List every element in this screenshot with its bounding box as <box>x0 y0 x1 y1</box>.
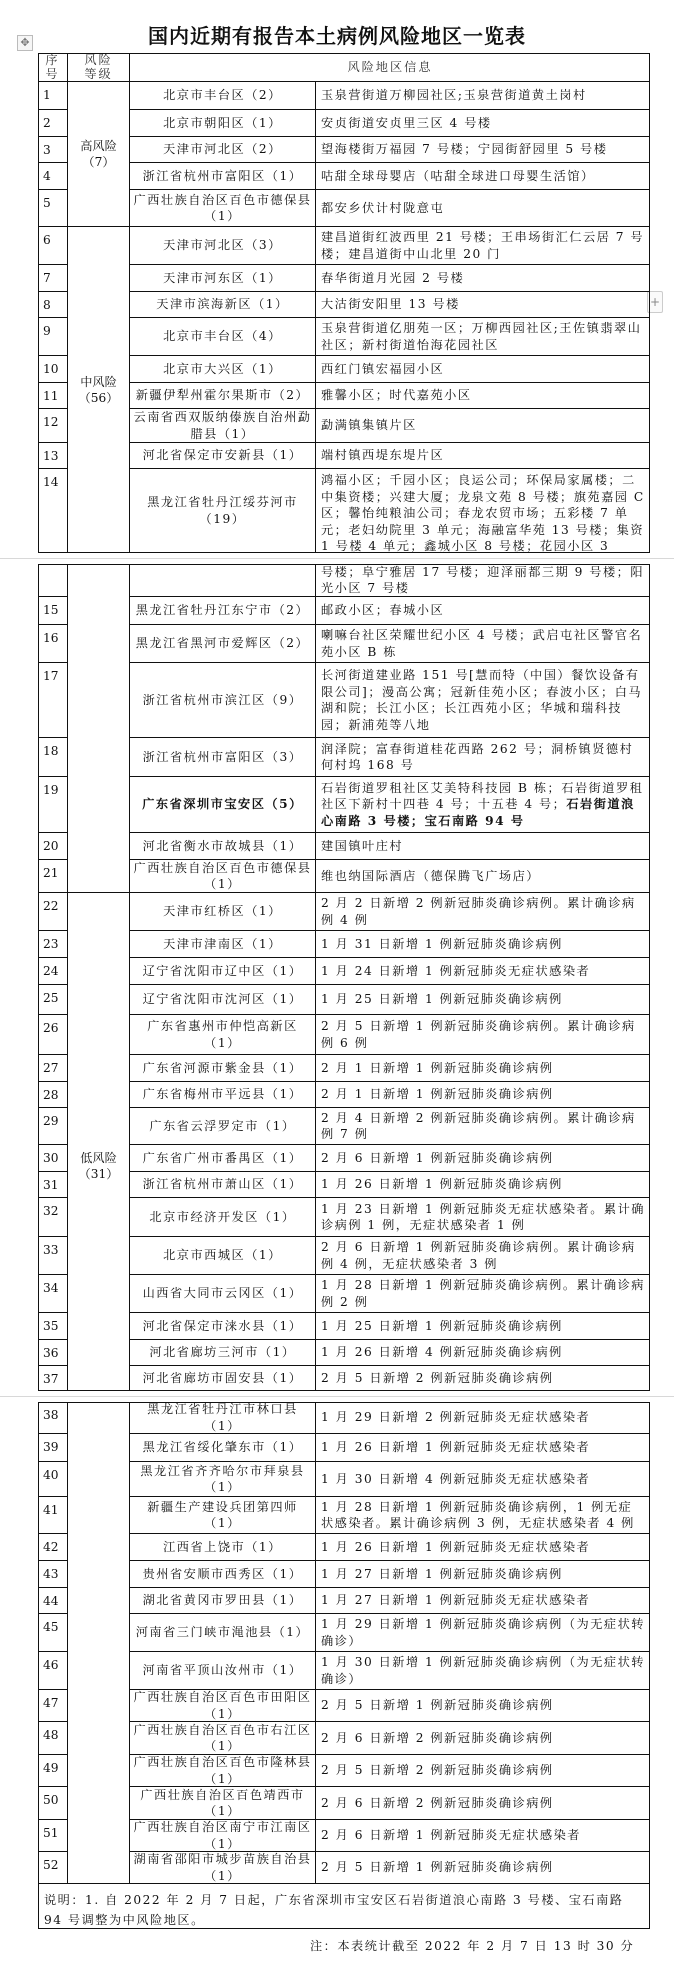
row-detail: 咕甜全球母婴店（咕甜全球进口母婴生活馆） <box>316 163 650 190</box>
row-seq: 46 <box>38 1652 68 1690</box>
row-seq: 37 <box>38 1366 68 1391</box>
row-detail-text: 维也纳国际酒店（德保腾飞广场店） <box>321 868 540 885</box>
row-detail-text: 1 月 26 日新增 1 例新冠肺炎确诊病例 <box>321 1176 563 1193</box>
row-detail: 2 月 5 日新增 2 例新冠肺炎确诊病例 <box>316 1366 650 1391</box>
row-detail: 2 月 6 日新增 1 例新冠肺炎无症状感染者 <box>316 1820 650 1852</box>
row-region: 黑龙江省牡丹江市林口县（1） <box>130 1402 316 1434</box>
row-detail-text: 2 月 5 日新增 1 例新冠肺炎确诊病例 <box>321 1859 554 1876</box>
row-region: 辽宁省沈阳市沈河区（1） <box>130 985 316 1015</box>
row-detail-text: 建昌道街红波西里 21 号楼；王串场街汇仁云居 7 号楼；建昌道街中山北里 20… <box>321 229 645 262</box>
row-seq-continued <box>38 564 68 597</box>
header-seq: 序 号 <box>38 53 68 82</box>
row-detail: 2 月 5 日新增 1 例新冠肺炎确诊病例。累计确诊病例 6 例 <box>316 1015 650 1055</box>
row-detail: 长河街道建业路 151 号[慧而特（中国）餐饮设备有限公司]；漫高公寓；冠新佳苑… <box>316 663 650 738</box>
row-detail-text: 鸿福小区；千园小区；良运公司；环保局家属楼；二中集资楼；兴建大厦；龙泉文苑 8 … <box>321 472 645 553</box>
row-detail-text: 望海楼街万福园 7 号楼；宁园街舒园里 5 号楼 <box>321 141 607 158</box>
row-detail-text: 2 月 6 日新增 1 例新冠肺炎确诊病例。累计确诊病例 4 例，无症状感染者 … <box>321 1239 645 1272</box>
row-region: 黑龙江省黑河市爱辉区（2） <box>130 625 316 663</box>
row-seq: 38 <box>38 1402 68 1434</box>
row-detail-text: 1 月 31 日新增 1 例新冠肺炎确诊病例 <box>321 936 563 953</box>
table-move-handle-icon[interactable]: ✥ <box>17 35 33 51</box>
row-detail-text: 大沽街安阳里 13 号楼 <box>321 296 460 313</box>
row-seq: 10 <box>38 356 68 383</box>
row-detail-text: 2 月 5 日新增 2 例新冠肺炎确诊病例 <box>321 1762 554 1779</box>
row-detail-text: 1 月 26 日新增 1 例新冠肺炎无症状感染者 <box>321 1439 590 1456</box>
row-region: 贵州省安顺市西秀区（1） <box>130 1561 316 1588</box>
row-detail-text: 喇嘛台社区荣耀世纪小区 4 号楼；武启屯社区警官名苑小区 B 栋 <box>321 627 645 660</box>
risk-level-medium <box>68 564 130 893</box>
row-detail: 润泽院；富春街道桂花西路 262 号；洞桥镇贤德村何村坞 168 号 <box>316 738 650 777</box>
document-title: 国内近期有报告本土病例风险地区一览表 <box>0 20 674 49</box>
page-break-divider <box>0 558 674 559</box>
row-detail: 1 月 24 日新增 1 例新冠肺炎无症状感染者 <box>316 958 650 985</box>
row-detail: 安贞街道安贞里三区 4 号楼 <box>316 110 650 137</box>
row-detail-text: 1 月 27 日新增 1 例新冠肺炎无症状感染者 <box>321 1592 590 1609</box>
row-seq: 32 <box>38 1198 68 1237</box>
row-seq: 18 <box>38 738 68 777</box>
row-seq: 23 <box>38 931 68 958</box>
row-region: 广东省深圳市宝安区（5） <box>130 777 316 833</box>
row-region: 浙江省杭州市萧山区（1） <box>130 1172 316 1198</box>
row-detail-text: 勐满镇集镇片区 <box>321 417 417 434</box>
row-detail: 1 月 23 日新增 1 例新冠肺炎无症状感染者。累计确诊病例 1 例，无症状感… <box>316 1198 650 1237</box>
row-region: 广西壮族自治区百色市隆林县（1） <box>130 1755 316 1787</box>
row-detail: 都安乡伏计村陇意屯 <box>316 190 650 227</box>
row-detail-text: 2 月 6 日新增 2 例新冠肺炎确诊病例 <box>321 1730 554 1747</box>
row-region: 广西壮族自治区百色靖西市（1） <box>130 1787 316 1820</box>
row-detail: 2 月 1 日新增 1 例新冠肺炎确诊病例 <box>316 1082 650 1108</box>
row-seq: 26 <box>38 1015 68 1055</box>
row-detail: 石岩街道罗租社区艾美特科技园 B 栋；石岩街道罗租社区下新村十四巷 4 号；十五… <box>316 777 650 833</box>
row-seq: 4 <box>38 163 68 190</box>
table-remarks: 说明：1. 自 2022 年 2 月 7 日起，广东省深圳市宝安区石岩街道浪心南… <box>38 1884 650 1929</box>
row-seq: 39 <box>38 1434 68 1462</box>
row-detail: 2 月 1 日新增 1 例新冠肺炎确诊病例 <box>316 1055 650 1082</box>
row-detail-text: 2 月 5 日新增 1 例新冠肺炎确诊病例 <box>321 1697 554 1714</box>
row-region: 辽宁省沈阳市辽中区（1） <box>130 958 316 985</box>
row-region: 天津市河东区（1） <box>130 265 316 292</box>
row-seq: 22 <box>38 893 68 931</box>
row-region: 广西壮族自治区百色市德保县（1） <box>130 190 316 227</box>
row-detail-text: 2 月 1 日新增 1 例新冠肺炎确诊病例 <box>321 1060 554 1077</box>
row-detail: 1 月 28 日新增 1 例新冠肺炎确诊病例。累计确诊病例 2 例 <box>316 1275 650 1313</box>
row-detail-text: 1 月 23 日新增 1 例新冠肺炎无症状感染者。累计确诊病例 1 例，无症状感… <box>321 1201 645 1234</box>
row-region: 天津市河北区（2） <box>130 137 316 163</box>
row-region: 广东省惠州市仲恺高新区（1） <box>130 1015 316 1055</box>
row-detail-text: 2 月 1 日新增 1 例新冠肺炎确诊病例 <box>321 1086 554 1103</box>
row-seq: 7 <box>38 265 68 292</box>
row-detail: 1 月 27 日新增 1 例新冠肺炎确诊病例 <box>316 1561 650 1588</box>
row-detail: 1 月 28 日新增 1 例新冠肺炎确诊病例，1 例无症状感染者。累计确诊病例 … <box>316 1497 650 1534</box>
row-seq: 9 <box>38 318 68 356</box>
row-detail: 2 月 6 日新增 2 例新冠肺炎确诊病例 <box>316 1722 650 1755</box>
row-seq: 47 <box>38 1690 68 1722</box>
row-seq: 14 <box>38 469 68 553</box>
row-seq: 52 <box>38 1852 68 1884</box>
row-detail: 1 月 25 日新增 1 例新冠肺炎确诊病例 <box>316 985 650 1015</box>
row-seq: 42 <box>38 1534 68 1561</box>
row-seq: 1 <box>38 82 68 110</box>
row-detail: 春华街道月光园 2 号楼 <box>316 265 650 292</box>
row-detail-text: 1 月 25 日新增 1 例新冠肺炎确诊病例 <box>321 1318 563 1335</box>
row-detail: 2 月 4 日新增 2 例新冠肺炎确诊病例。累计确诊病例 7 例 <box>316 1108 650 1145</box>
row-detail-text: 都安乡伏计村陇意屯 <box>321 200 444 217</box>
row-detail: 玉泉营街道万柳园社区;玉泉营街道黄土岗村 <box>316 82 650 110</box>
row-seq: 36 <box>38 1340 68 1366</box>
row-detail-text: 2 月 5 日新增 1 例新冠肺炎确诊病例。累计确诊病例 6 例 <box>321 1018 645 1051</box>
row-seq: 3 <box>38 137 68 163</box>
row-detail: 喇嘛台社区荣耀世纪小区 4 号楼；武启屯社区警官名苑小区 B 栋 <box>316 625 650 663</box>
row-detail-text: 雅馨小区；时代嘉苑小区 <box>321 387 472 404</box>
row-detail-text: 安贞街道安贞里三区 4 号楼 <box>321 115 492 132</box>
row-region: 河北省廊坊市固安县（1） <box>130 1366 316 1391</box>
risk-level-high: 高风险 （7） <box>68 82 130 227</box>
row-region: 广东省梅州市平远县（1） <box>130 1082 316 1108</box>
row-detail: 大沽街安阳里 13 号楼 <box>316 292 650 318</box>
row-detail-text: 西红门镇宏福园小区 <box>321 361 444 378</box>
row-detail: 2 月 6 日新增 2 例新冠肺炎确诊病例 <box>316 1787 650 1820</box>
row-detail-text: 2 月 6 日新增 2 例新冠肺炎确诊病例 <box>321 1795 554 1812</box>
row-detail-text: 1 月 30 日新增 4 例新冠肺炎无症状感染者 <box>321 1471 590 1488</box>
row-region: 河北省保定市安新县（1） <box>130 443 316 469</box>
row-seq: 29 <box>38 1108 68 1145</box>
row-detail: 2 月 2 日新增 2 例新冠肺炎确诊病例。累计确诊病例 4 例 <box>316 893 650 931</box>
row-detail: 1 月 25 日新增 1 例新冠肺炎确诊病例 <box>316 1313 650 1340</box>
row-detail-text: 2 月 5 日新增 2 例新冠肺炎确诊病例 <box>321 1370 554 1387</box>
row-seq: 34 <box>38 1275 68 1313</box>
row-detail: 1 月 27 日新增 1 例新冠肺炎无症状感染者 <box>316 1588 650 1614</box>
row-detail-text: 邮政小区；春城小区 <box>321 602 444 619</box>
row-region: 河南省三门峡市渑池县（1） <box>130 1614 316 1652</box>
row-region: 河北省保定市涞水县（1） <box>130 1313 316 1340</box>
row-detail-text: 1 月 26 日新增 4 例新冠肺炎确诊病例 <box>321 1344 563 1361</box>
row-detail: 1 月 26 日新增 1 例新冠肺炎无症状感染者 <box>316 1534 650 1561</box>
row-region: 广西壮族自治区百色市田阳区（1） <box>130 1690 316 1722</box>
row-seq: 21 <box>38 860 68 893</box>
row-seq: 6 <box>38 227 68 265</box>
row-region-continued <box>130 564 316 597</box>
risk-level-low: 低风险 （31） <box>68 893 130 1391</box>
row-detail-text: 春华街道月光园 2 号楼 <box>321 270 464 287</box>
row-region: 广东省河源市紫金县（1） <box>130 1055 316 1082</box>
row-region: 广东省云浮罗定市（1） <box>130 1108 316 1145</box>
row-seq: 43 <box>38 1561 68 1588</box>
row-detail: 建昌道街红波西里 21 号楼；王串场街汇仁云居 7 号楼；建昌道街中山北里 20… <box>316 227 650 265</box>
row-detail-text: 1 月 29 日新增 2 例新冠肺炎无症状感染者 <box>321 1409 590 1426</box>
row-detail: 1 月 31 日新增 1 例新冠肺炎确诊病例 <box>316 931 650 958</box>
row-region: 北京市大兴区（1） <box>130 356 316 383</box>
row-region: 湖北省黄冈市罗田县（1） <box>130 1588 316 1614</box>
row-region: 浙江省杭州市富阳区（3） <box>130 738 316 777</box>
row-detail: 2 月 5 日新增 1 例新冠肺炎确诊病例 <box>316 1690 650 1722</box>
row-seq: 30 <box>38 1145 68 1172</box>
row-detail-text: 2 月 6 日新增 1 例新冠肺炎确诊病例 <box>321 1150 554 1167</box>
row-seq: 40 <box>38 1462 68 1497</box>
row-detail-text: 1 月 29 日新增 1 例新冠肺炎确诊病例（为无症状转确诊） <box>321 1616 645 1649</box>
row-seq: 24 <box>38 958 68 985</box>
row-detail: 维也纳国际酒店（德保腾飞广场店） <box>316 860 650 893</box>
row-seq: 28 <box>38 1082 68 1108</box>
row-region: 黑龙江省绥化肇东市（1） <box>130 1434 316 1462</box>
risk-level-low <box>68 1402 130 1884</box>
row-region: 北京市丰台区（4） <box>130 318 316 356</box>
row-detail-text: 玉泉营街道万柳园社区;玉泉营街道黄土岗村 <box>321 87 587 104</box>
risk-level-medium: 中风险 （56） <box>68 227 130 553</box>
row-detail: 1 月 26 日新增 1 例新冠肺炎确诊病例 <box>316 1172 650 1198</box>
row-region: 北京市丰台区（2） <box>130 82 316 110</box>
row-seq: 48 <box>38 1722 68 1755</box>
row-seq: 5 <box>38 190 68 227</box>
row-detail-text: 1 月 25 日新增 1 例新冠肺炎确诊病例 <box>321 991 563 1008</box>
statistics-cutoff-note: 注：本表统计截至 2022 年 2 月 7 日 13 时 30 分 <box>310 1937 634 1954</box>
row-detail: 2 月 6 日新增 1 例新冠肺炎确诊病例。累计确诊病例 4 例，无症状感染者 … <box>316 1237 650 1275</box>
row-region: 黑龙江省牡丹江绥芬河市（19） <box>130 469 316 553</box>
row-detail-text: 咕甜全球母婴店（咕甜全球进口母婴生活馆） <box>321 168 595 185</box>
row-seq: 20 <box>38 833 68 860</box>
row-seq: 19 <box>38 777 68 833</box>
row-detail: 1 月 26 日新增 1 例新冠肺炎无症状感染者 <box>316 1434 650 1462</box>
page-break-divider <box>0 1396 674 1397</box>
row-seq: 45 <box>38 1614 68 1652</box>
row-region: 河北省衡水市故城县（1） <box>130 833 316 860</box>
row-seq: 51 <box>38 1820 68 1852</box>
row-seq: 2 <box>38 110 68 137</box>
row-region: 天津市滨海新区（1） <box>130 292 316 318</box>
row-detail-text: 2 月 6 日新增 1 例新冠肺炎无症状感染者 <box>321 1827 581 1844</box>
row-seq: 12 <box>38 409 68 443</box>
row-detail-text: 玉泉营街道亿朋苑一区；万柳西园社区;王佐镇翡翠山社区；新村街道怡海花园社区 <box>321 320 645 353</box>
row-detail: 雅馨小区；时代嘉苑小区 <box>316 383 650 409</box>
row-region: 山西省大同市云冈区（1） <box>130 1275 316 1313</box>
row-region: 江西省上饶市（1） <box>130 1534 316 1561</box>
row-region: 北京市西城区（1） <box>130 1237 316 1275</box>
row-region: 湖南省邵阳市城步苗族自治县（1） <box>130 1852 316 1884</box>
row-detail: 1 月 29 日新增 1 例新冠肺炎确诊病例（为无症状转确诊） <box>316 1614 650 1652</box>
row-detail-text: 端村镇西堤东堤片区 <box>321 447 444 464</box>
row-detail: 2 月 5 日新增 2 例新冠肺炎确诊病例 <box>316 1755 650 1787</box>
row-region: 广西壮族自治区百色市右江区（1） <box>130 1722 316 1755</box>
row-detail: 望海楼街万福园 7 号楼；宁园街舒园里 5 号楼 <box>316 137 650 163</box>
row-detail-text: 1 月 28 日新增 1 例新冠肺炎确诊病例，1 例无症状感染者。累计确诊病例 … <box>321 1499 645 1532</box>
row-region: 天津市津南区（1） <box>130 931 316 958</box>
row-region: 北京市朝阳区（1） <box>130 110 316 137</box>
row-region: 广东省广州市番禺区（1） <box>130 1145 316 1172</box>
row-region: 黑龙江省齐齐哈尔市拜泉县（1） <box>130 1462 316 1497</box>
row-seq: 13 <box>38 443 68 469</box>
row-seq: 11 <box>38 383 68 409</box>
row-seq: 35 <box>38 1313 68 1340</box>
row-region: 浙江省杭州市富阳区（1） <box>130 163 316 190</box>
row-detail-text: 长河街道建业路 151 号[慧而特（中国）餐饮设备有限公司]；漫高公寓；冠新佳苑… <box>321 667 645 733</box>
row-region: 广西壮族自治区南宁市江南区（1） <box>130 1820 316 1852</box>
row-detail: 1 月 30 日新增 1 例新冠肺炎确诊病例（为无症状转确诊） <box>316 1652 650 1690</box>
row-region: 黑龙江省牡丹江东宁市（2） <box>130 597 316 625</box>
row-detail-text: 2 月 2 日新增 2 例新冠肺炎确诊病例。累计确诊病例 4 例 <box>321 895 645 928</box>
header-risk-level: 风险 等级 <box>68 53 130 82</box>
row-detail: 2 月 6 日新增 1 例新冠肺炎确诊病例 <box>316 1145 650 1172</box>
row-detail-text: 1 月 27 日新增 1 例新冠肺炎确诊病例 <box>321 1566 563 1583</box>
row-region: 云南省西双版纳傣族自治州勐腊县（1） <box>130 409 316 443</box>
row-detail-text: 1 月 24 日新增 1 例新冠肺炎无症状感染者 <box>321 963 590 980</box>
row-detail: 邮政小区；春城小区 <box>316 597 650 625</box>
row-detail: 勐满镇集镇片区 <box>316 409 650 443</box>
row-detail: 鸿福小区；千园小区；良运公司；环保局家属楼；二中集资楼；兴建大厦；龙泉文苑 8 … <box>316 469 650 553</box>
row-seq: 33 <box>38 1237 68 1275</box>
row-detail-text: 2 月 4 日新增 2 例新冠肺炎确诊病例。累计确诊病例 7 例 <box>321 1110 645 1143</box>
row-detail: 1 月 30 日新增 4 例新冠肺炎无症状感染者 <box>316 1462 650 1497</box>
row-seq: 8 <box>38 292 68 318</box>
row-detail: 西红门镇宏福园小区 <box>316 356 650 383</box>
row-region: 天津市河北区（3） <box>130 227 316 265</box>
row-detail-text: 润泽院；富春街道桂花西路 262 号；洞桥镇贤德村何村坞 168 号 <box>321 741 645 774</box>
row-region: 广西壮族自治区百色市德保县（1） <box>130 860 316 893</box>
row-seq: 25 <box>38 985 68 1015</box>
row-seq: 16 <box>38 625 68 663</box>
row-detail-text: 1 月 28 日新增 1 例新冠肺炎确诊病例。累计确诊病例 2 例 <box>321 1277 645 1310</box>
row-detail-continued: 号楼；阜宁雅居 17 号楼；迎泽丽都三期 9 号楼；阳光小区 7 号楼 <box>316 564 650 597</box>
row-seq: 41 <box>38 1497 68 1534</box>
row-seq: 31 <box>38 1172 68 1198</box>
row-detail: 玉泉营街道亿朋苑一区；万柳西园社区;王佐镇翡翠山社区；新村街道怡海花园社区 <box>316 318 650 356</box>
row-detail-text: 1 月 30 日新增 1 例新冠肺炎确诊病例（为无症状转确诊） <box>321 1654 645 1687</box>
row-detail-text: 1 月 26 日新增 1 例新冠肺炎无症状感染者 <box>321 1539 590 1556</box>
header-area-info: 风险地区信息 <box>130 53 650 82</box>
row-region: 新疆伊犁州霍尔果斯市（2） <box>130 383 316 409</box>
row-detail: 1 月 29 日新增 2 例新冠肺炎无症状感染者 <box>316 1402 650 1434</box>
row-region: 河南省平顶山汝州市（1） <box>130 1652 316 1690</box>
row-region: 河北省廊坊三河市（1） <box>130 1340 316 1366</box>
row-detail: 建国镇叶庄村 <box>316 833 650 860</box>
row-seq: 15 <box>38 597 68 625</box>
row-detail-text: 建国镇叶庄村 <box>321 838 403 855</box>
row-seq: 44 <box>38 1588 68 1614</box>
row-region: 浙江省杭州市滨江区（9） <box>130 663 316 738</box>
row-seq: 50 <box>38 1787 68 1820</box>
row-region: 天津市红桥区（1） <box>130 893 316 931</box>
row-seq: 27 <box>38 1055 68 1082</box>
row-seq: 49 <box>38 1755 68 1787</box>
row-detail: 端村镇西堤东堤片区 <box>316 443 650 469</box>
row-detail: 2 月 5 日新增 1 例新冠肺炎确诊病例 <box>316 1852 650 1884</box>
row-region: 新疆生产建设兵团第四师（1） <box>130 1497 316 1534</box>
row-seq: 17 <box>38 663 68 738</box>
row-region: 北京市经济开发区（1） <box>130 1198 316 1237</box>
row-detail: 1 月 26 日新增 4 例新冠肺炎确诊病例 <box>316 1340 650 1366</box>
